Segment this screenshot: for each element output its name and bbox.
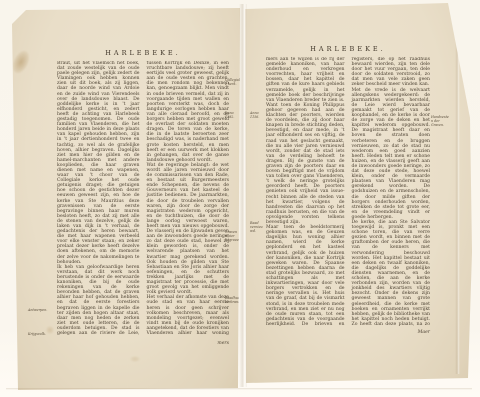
margin-note: Anno 1156. [250,112,264,120]
margin-note: Collegiale kerk. [225,79,241,87]
paper-stain [130,356,140,362]
right-page: HARLEBEKE. mers aan te wijzen is de rij … [243,0,476,388]
catchword-right: Maer [266,330,430,335]
paper-crease [455,6,460,374]
margin-note: Handvesten der Graven. [431,116,449,127]
margin-note: Anno 1382. [225,112,241,120]
catchword-left: mers [57,341,229,346]
left-page: HARLEBEKE. Braut, uit het Vlaemsch het b… [10,6,242,392]
margin-note: Raad vernieuwd. [250,222,264,233]
running-head-left: HARLEBEKE. [57,49,229,57]
margin-note: Graven alhier begraven. [225,231,241,246]
margin-note: Antwerpen. [28,309,53,313]
running-head-right: HARLEBEKE. [266,45,430,53]
margin-note: Raadhuis verbrand. [225,297,241,308]
paper-stain [10,48,33,76]
margin-note: Krijgsvolk. [28,333,53,337]
left-page-body-text: Braut, uit het Vlaemsch het boek, dat zo… [57,61,229,339]
right-page-body-text: mers aan te wijzen is de rij der gemelde… [266,57,430,329]
page-bottom-edge-shadow [6,388,472,390]
